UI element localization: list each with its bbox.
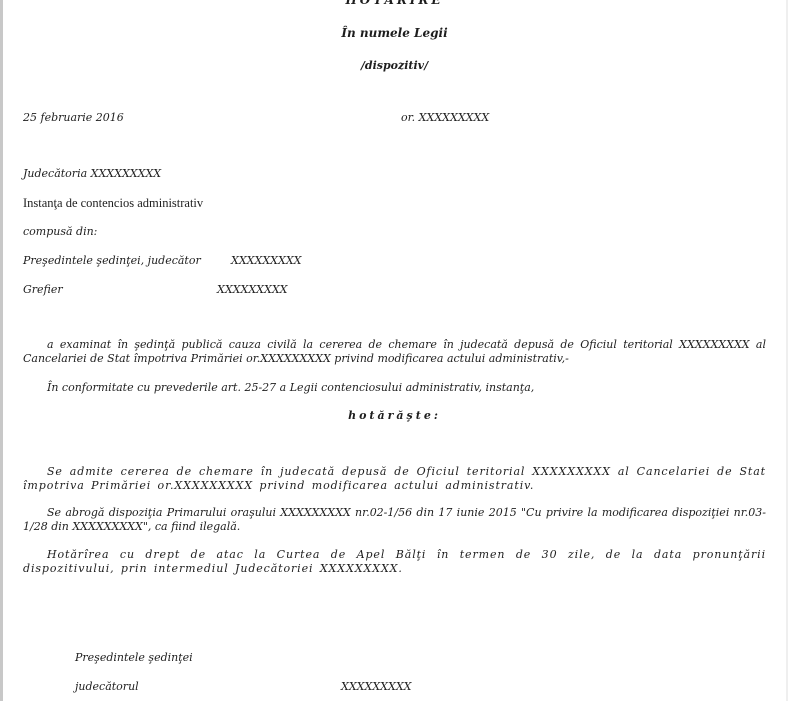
composed-of-label: compusă din: bbox=[23, 225, 97, 238]
document-city: or. XXXXXXXXX bbox=[401, 111, 489, 124]
presiding-judge-name: XXXXXXXXX bbox=[231, 254, 301, 267]
clerk-name: XXXXXXXXX bbox=[217, 283, 287, 296]
signature-name: XXXXXXXXX bbox=[341, 680, 411, 693]
document-title: HOTARIRE bbox=[3, 0, 786, 7]
signature-title: Preşedintele şedinţei bbox=[75, 651, 193, 664]
conformity-paragraph: În conformitate cu prevederile art. 25-2… bbox=[23, 381, 766, 395]
presiding-judge-label: Preşedintele şedinţei, judecător bbox=[23, 254, 201, 267]
document-page: HOTARIRE În numele Legii /dispozitiv/ 25… bbox=[3, 0, 786, 701]
decision-paragraph-1: Se admite cererea de chemare în judecată… bbox=[23, 465, 766, 493]
instance-type: Instanţa de contencios administrativ bbox=[23, 196, 203, 211]
decision-paragraph-3: Hotărîrea cu drept de atac la Curtea de … bbox=[23, 548, 766, 576]
decides-heading: hotărăşte: bbox=[3, 409, 786, 422]
document-type: /dispozitiv/ bbox=[3, 59, 786, 72]
decision-paragraph-2: Se abrogă dispoziţia Primarului oraşului… bbox=[23, 506, 766, 534]
document-date: 25 februarie 2016 bbox=[23, 111, 124, 124]
intro-paragraph: a examinat în şedinţă publică cauza civi… bbox=[23, 338, 766, 366]
document-subtitle: În numele Legii bbox=[3, 26, 786, 40]
court-name: Judecătoria XXXXXXXXX bbox=[23, 167, 161, 180]
clerk-label: Grefier bbox=[23, 283, 63, 296]
signature-role: judecătorul bbox=[75, 680, 139, 693]
